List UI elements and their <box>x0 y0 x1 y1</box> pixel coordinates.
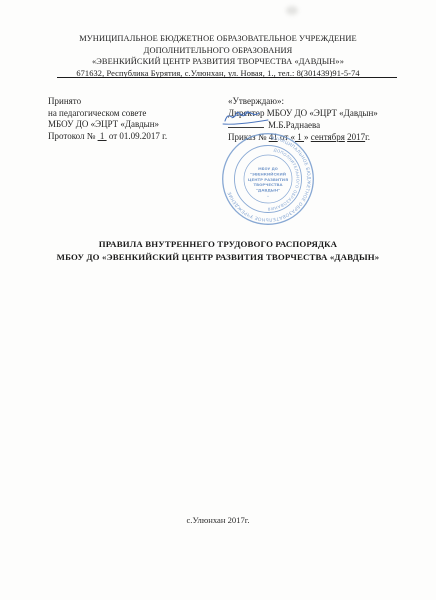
org-name-line-2: ДОПОЛНИТЕЛЬНОГО ОБРАЗОВАНИЯ <box>0 45 436 57</box>
accepted-line-3: МБОУ ДО «ЭЦРТ «Давдын» <box>48 119 167 131</box>
stamp-center-text: МБОУ ДО "ЭВЕНКИЙСКИЙ ЦЕНТР РАЗВИТИЯ ТВОР… <box>248 167 288 198</box>
org-name-line-3: «ЭВЕНКИЙСКИЙ ЦЕНТР РАЗВИТИЯ ТВОРЧЕСТВА «… <box>0 56 436 68</box>
stamp-center-line-2: "ЭВЕНКИЙСКИЙ <box>250 172 286 177</box>
org-name-line-1: МУНИЦИПАЛЬНОЕ БЮДЖЕТНОЕ ОБРАЗОВАТЕЛЬНОЕ … <box>0 33 436 45</box>
scan-smudge <box>286 6 298 15</box>
document-title-line-1: ПРАВИЛА ВНУТРЕННЕГО ТРУДОВОГО РАСПОРЯДКА <box>0 238 436 251</box>
order-month: сентября <box>311 132 345 142</box>
signature-strokes <box>223 111 268 124</box>
stamp-center-line-4: ТВОРЧЕСТВА <box>253 182 282 187</box>
protocol-suffix: от 01.09.2017 г. <box>107 131 168 141</box>
stamp-center-line-3: ЦЕНТР РАЗВИТИЯ <box>248 177 288 182</box>
protocol-prefix: Протокол № <box>48 131 98 141</box>
protocol-line: Протокол № 1 от 01.09.2017 г. <box>48 131 167 143</box>
accepted-line-1: Принято <box>48 96 167 108</box>
document-page: МУНИЦИПАЛЬНОЕ БЮДЖЕТНОЕ ОБРАЗОВАТЕЛЬНОЕ … <box>0 0 436 600</box>
organization-stamp: МУНИЦИПАЛЬНОЕ БЮДЖЕТНОЕ ОБРАЗОВАТЕЛЬНОЕ … <box>221 132 315 226</box>
document-title: ПРАВИЛА ВНУТРЕННЕГО ТРУДОВОГО РАСПОРЯДКА… <box>0 238 436 264</box>
footer-place-year: с.Улюнхан 2017г. <box>0 515 436 525</box>
accepted-block: Принято на педагогическом совете МБОУ ДО… <box>48 96 167 143</box>
order-year: 2017 <box>347 132 365 142</box>
stamp-center-ornament: ٭ <box>267 194 269 198</box>
accepted-line-2: на педагогическом совете <box>48 108 167 120</box>
director-signature-icon <box>220 104 298 130</box>
stamp-center-line-5: "ДАВДЫН" <box>256 187 280 192</box>
order-suffix: г. <box>365 132 370 142</box>
letterhead-divider <box>57 77 397 78</box>
protocol-number: 1 <box>98 131 107 141</box>
org-letterhead: МУНИЦИПАЛЬНОЕ БЮДЖЕТНОЕ ОБРАЗОВАТЕЛЬНОЕ … <box>0 33 436 79</box>
stamp-center-line-1: МБОУ ДО <box>258 167 278 171</box>
document-title-line-2: МБОУ ДО «ЭВЕНКИЙСКИЙ ЦЕНТР РАЗВИТИЯ ТВОР… <box>0 251 436 264</box>
